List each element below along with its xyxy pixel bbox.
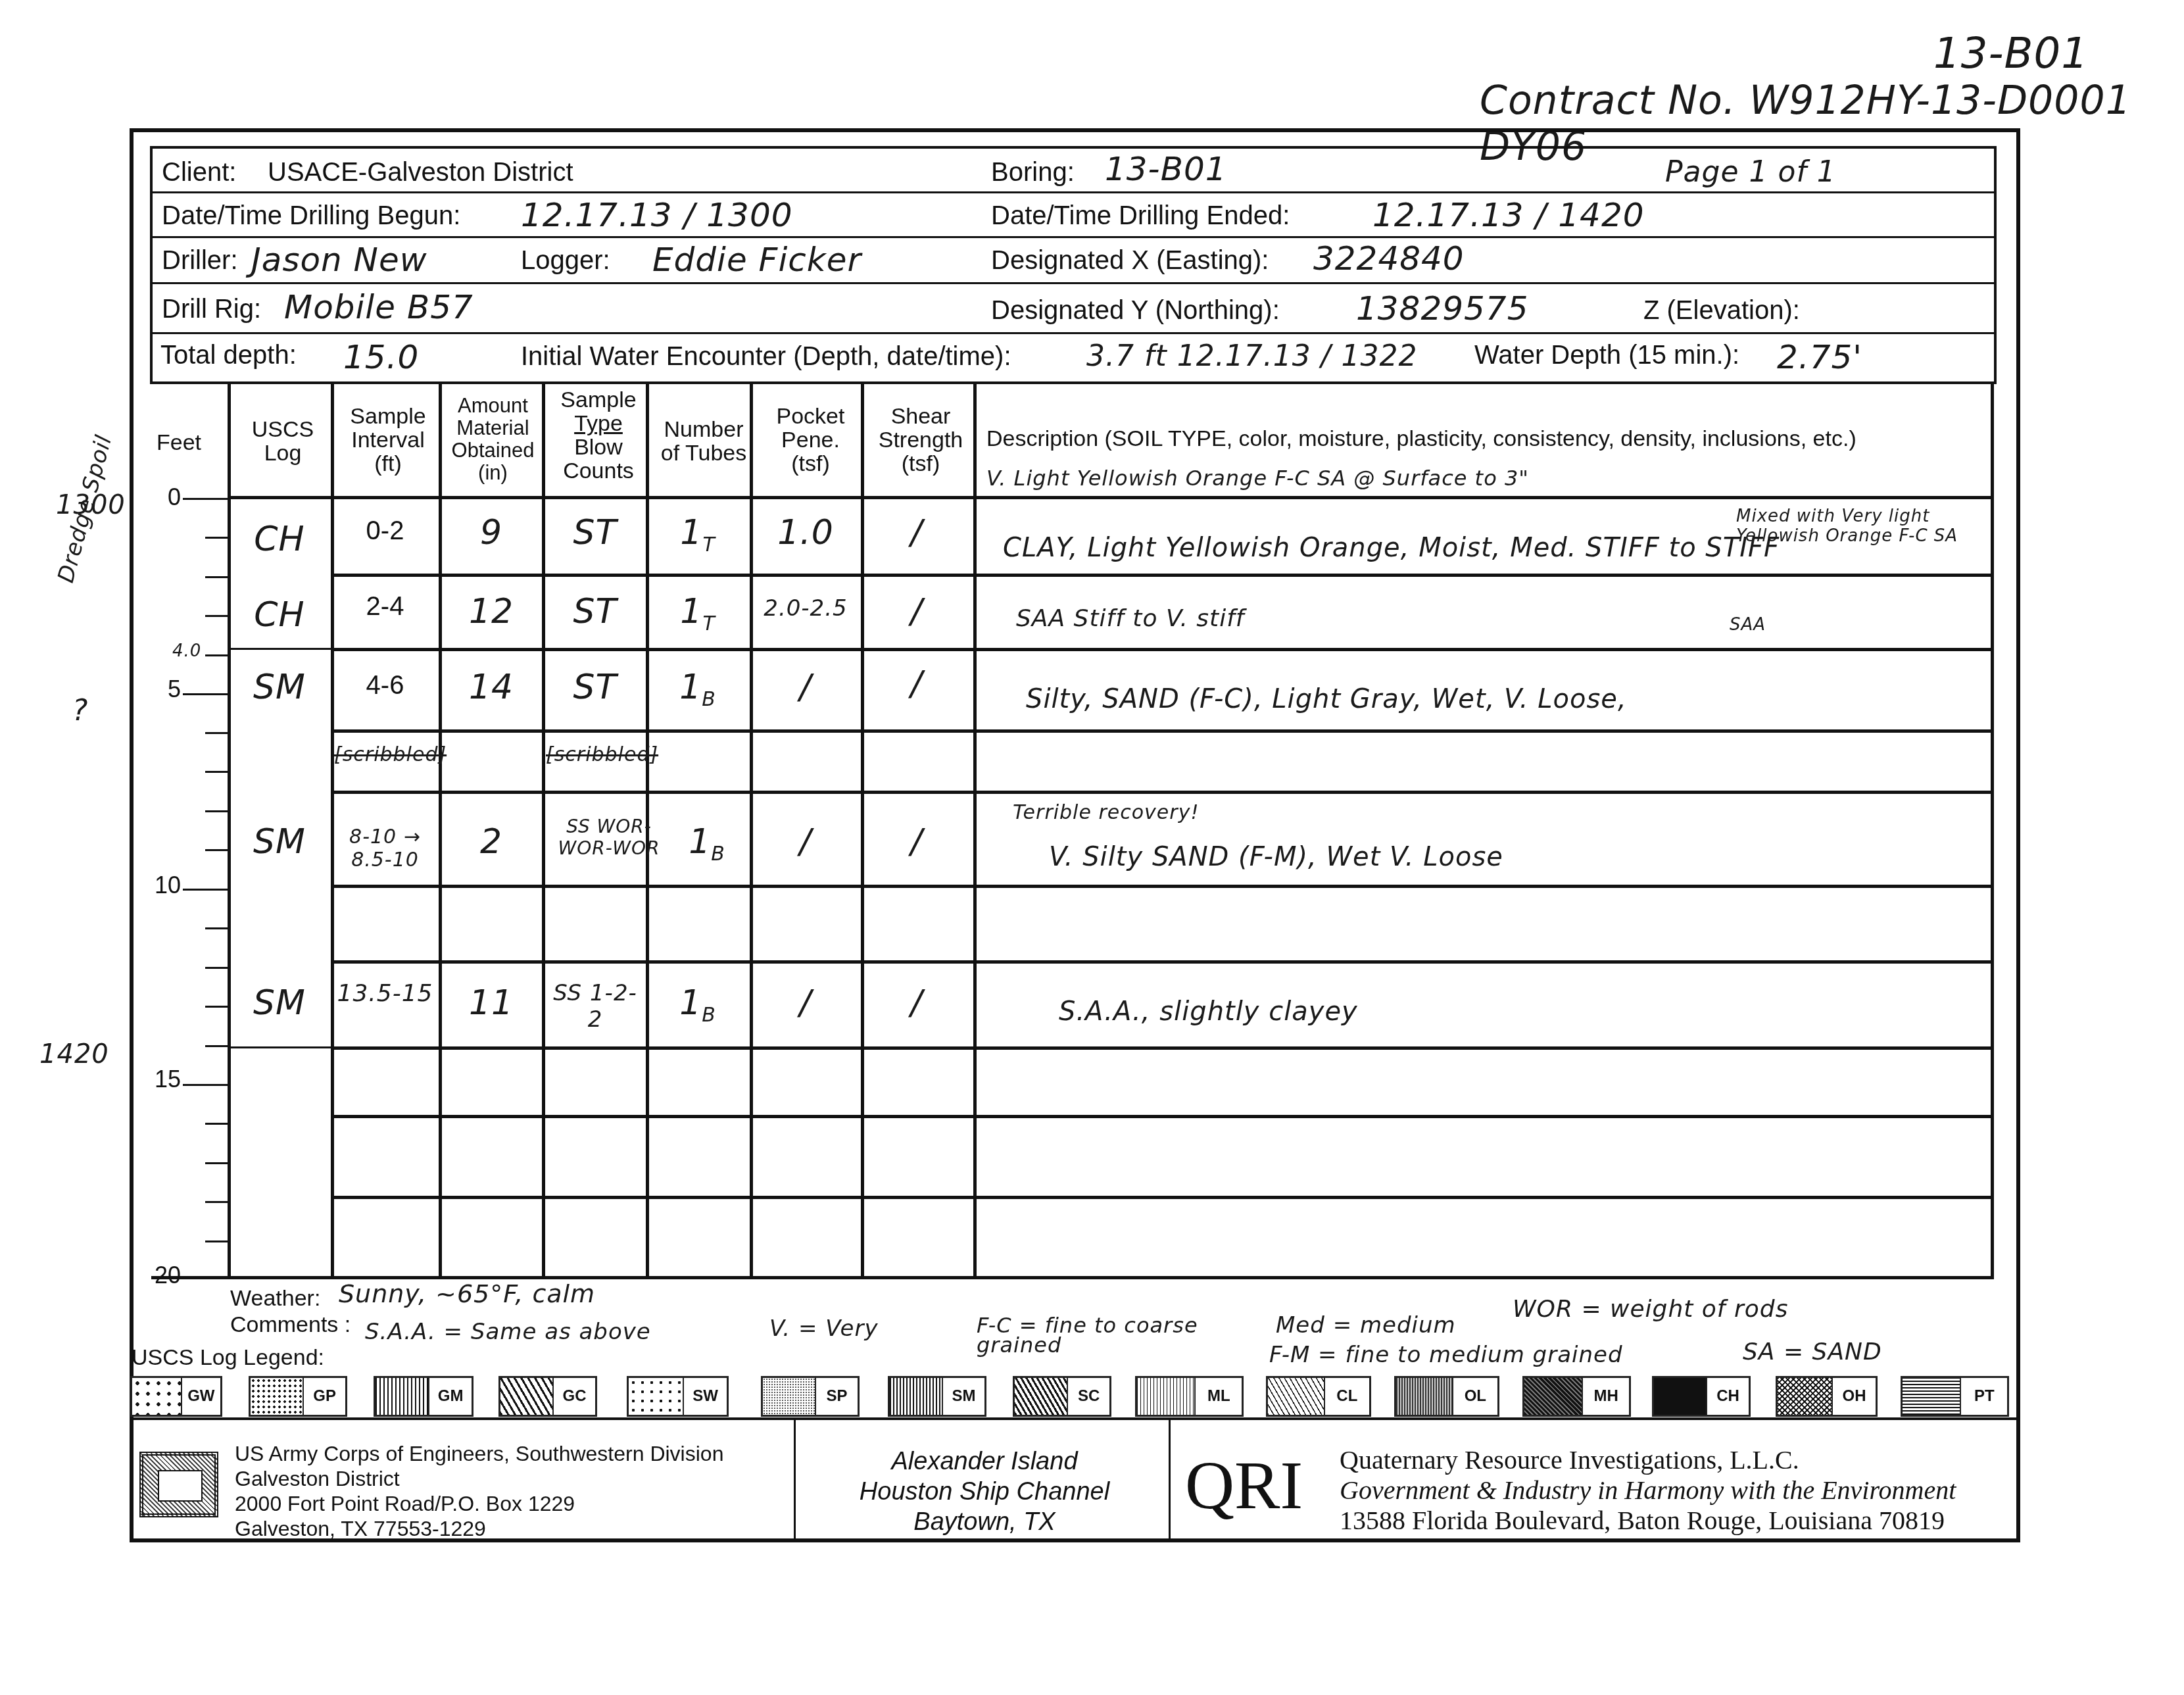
depth-label-5: 5 <box>141 676 181 703</box>
qri-tagline: Government & Industry in Harmony with th… <box>1340 1475 1956 1506</box>
boring-id-annotation: 13-B01 <box>1933 30 2089 78</box>
page-note: Page 1 of 1 <box>1665 155 1836 189</box>
ended-label: Date/Time Drilling Ended: <box>991 201 1290 231</box>
legend-code: CL <box>1325 1378 1369 1415</box>
depth-tick <box>205 732 229 734</box>
grid-row-line-6 <box>331 960 1994 964</box>
ol-pattern-icon <box>1396 1378 1453 1415</box>
project-city: Baytown, TX <box>800 1507 1169 1537</box>
depth-tick <box>205 927 229 929</box>
depth-tick <box>205 1241 229 1242</box>
col-header-uscs-line2: Log <box>233 441 332 465</box>
row2-amount: 14 <box>442 668 541 707</box>
boring-value: 13-B01 <box>1105 150 1227 188</box>
col-header-tubes: Numberof Tubes <box>651 418 756 465</box>
water-depth-15-value: 2.75' <box>1777 338 1862 376</box>
row6-description: S.A.A., slightly clayey <box>1059 996 1358 1027</box>
col-header-type-line2: Type <box>546 412 651 435</box>
depth-tick <box>205 1045 229 1047</box>
depth-tick <box>205 810 229 812</box>
row2-description: Silty, SAND (F-C), Light Gray, Wet, V. L… <box>1026 684 1627 714</box>
grid-line-right <box>1991 384 1994 1279</box>
logger-label: Logger: <box>521 246 610 276</box>
legend-gw: GW <box>130 1376 222 1417</box>
gw-pattern-icon <box>132 1378 182 1415</box>
comment-wor: WOR = weight of rods <box>1513 1296 1788 1323</box>
qri-street: 13588 Florida Boulevard, Baton Rouge, Lo… <box>1340 1506 1956 1536</box>
depth-tick <box>205 967 229 969</box>
northing-label: Designated Y (Northing): <box>991 296 1280 326</box>
row4-amount: 2 <box>442 822 541 862</box>
depth-label-20: 20 <box>141 1262 181 1289</box>
row1-uscs: CH <box>230 595 329 635</box>
row4-interval: 8-10 → 8.5-10 <box>334 825 436 872</box>
col-header-amount-line2: Material <box>442 417 544 439</box>
row1-interval: 2-4 <box>334 592 436 622</box>
legend-pt: PT <box>1901 1376 2009 1417</box>
col-header-interval-line2: Interval <box>335 428 441 452</box>
legend-ml: ML <box>1135 1376 1244 1417</box>
depth-tick <box>205 1123 229 1125</box>
castle-gate-icon <box>158 1470 203 1502</box>
row1-amount: 12 <box>442 592 541 631</box>
usace-address: US Army Corps of Engineers, Southwestern… <box>235 1441 723 1541</box>
row0-uscs: CH <box>230 520 329 559</box>
legend-gp: GP <box>249 1376 347 1417</box>
header-row-client: Client: USACE-Galveston District Boring:… <box>153 149 1994 193</box>
row2-interval: 4-6 <box>334 671 436 700</box>
grid-row-line-9 <box>331 1196 1994 1199</box>
depth-tick <box>205 1162 229 1164</box>
project-site: Alexander Island <box>800 1446 1169 1477</box>
mh-pattern-icon <box>1524 1378 1583 1415</box>
col-header-shear-line1: Shear <box>865 405 977 428</box>
grid-row-line-2 <box>331 648 1994 651</box>
row2-type: ST <box>546 668 644 707</box>
grid-row-line-1 <box>331 574 1994 577</box>
uscs-contact-4ft <box>228 648 333 650</box>
comment-fine-coarse: F-C = fine to coarse grained <box>977 1315 1240 1355</box>
depth-label-0: 0 <box>141 483 181 511</box>
usace-castle-logo-icon <box>139 1452 218 1517</box>
cl-pattern-icon <box>1268 1378 1325 1415</box>
driller-label: Driller: <box>162 246 238 276</box>
boring-label: Boring: <box>991 158 1075 187</box>
row0-amount: 9 <box>442 513 541 553</box>
comment-sand: SA = SAND <box>1743 1339 1882 1365</box>
row6-uscs: SM <box>230 983 329 1023</box>
col-header-uscs: USCSLog <box>233 418 332 465</box>
margin-end-time: 1420 <box>39 1039 109 1069</box>
legend-sw: SW <box>627 1376 729 1417</box>
project-location: Alexander Island Houston Ship Channel Ba… <box>800 1446 1169 1537</box>
rig-value: Mobile B57 <box>284 288 473 326</box>
legend-cl: CL <box>1266 1376 1371 1417</box>
row3-interval-scribble: [scribbled] <box>334 743 436 766</box>
depth-tick-15 <box>183 1084 229 1086</box>
col-header-feet: Feet <box>153 431 205 454</box>
client-label: Client: <box>162 158 236 187</box>
row1-description: SAA Stiff to V. stiff <box>1016 605 1245 632</box>
usace-district: Galveston District <box>235 1466 723 1491</box>
legend-ch: CH <box>1652 1376 1751 1417</box>
gm-pattern-icon <box>376 1378 429 1415</box>
row0-interval: 0-2 <box>334 516 436 546</box>
project-channel: Houston Ship Channel <box>800 1477 1169 1507</box>
grid-row-line-3 <box>331 729 1994 733</box>
qri-logo-icon: QRI <box>1185 1452 1303 1520</box>
col-header-pocket-line1: Pocket <box>756 405 865 428</box>
row4-note: Terrible recovery! <box>1013 801 1199 824</box>
legend-sp: SP <box>761 1376 860 1417</box>
sw-pattern-icon <box>629 1378 684 1415</box>
legend-code: GM <box>429 1378 472 1415</box>
ml-pattern-icon <box>1137 1378 1196 1415</box>
row1-tubes-location: T <box>702 612 715 635</box>
depth-tick <box>205 537 229 539</box>
grid-row-line-8 <box>331 1115 1994 1118</box>
col-header-shear-line3: (tsf) <box>865 452 977 476</box>
header-row-rig: Drill Rig: Mobile B57 Designated Y (Nort… <box>153 284 1994 334</box>
row2-shear: / <box>864 664 969 704</box>
depth-tick <box>205 615 229 617</box>
col-header-shear: ShearStrength(tsf) <box>865 405 977 476</box>
legend-code: MH <box>1583 1378 1629 1415</box>
usace-name: US Army Corps of Engineers, Southwestern… <box>235 1441 723 1466</box>
surface-note: V. Light Yellowish Orange F-C SA @ Surfa… <box>986 466 1529 491</box>
depth-tick <box>205 1201 229 1203</box>
legend-code: OH <box>1833 1378 1876 1415</box>
row6-shear: / <box>864 983 969 1023</box>
row6-tubes: 1B <box>648 983 747 1027</box>
depth-tick <box>205 1006 229 1008</box>
col-header-amount-line4: (in) <box>442 462 544 484</box>
row6-amount: 11 <box>442 983 541 1023</box>
usace-city: Galveston, TX 77553-1229 <box>235 1516 723 1541</box>
depth-tick <box>205 576 229 578</box>
col-header-shear-line2: Strength <box>865 428 977 452</box>
logger-value: Eddie Ficker <box>652 241 861 279</box>
rig-label: Drill Rig: <box>162 295 261 324</box>
margin-contact-depth: 4.0 <box>172 641 201 661</box>
driller-value: Jason New <box>251 241 427 279</box>
col-header-pocket-line3: (tsf) <box>756 452 865 476</box>
row0-shear: / <box>864 513 969 553</box>
row2-tubes-location: B <box>702 688 716 711</box>
comment-fine-medium: F-M = fine to medium grained <box>1269 1342 1622 1368</box>
row1-shear: / <box>864 592 969 631</box>
row4-pocket: / <box>753 822 858 862</box>
header-row-depth: Total depth: 15.0 Initial Water Encounte… <box>153 334 1994 383</box>
legend-mh: MH <box>1522 1376 1631 1417</box>
row4-tubes-location: B <box>711 843 725 866</box>
legend-code: PT <box>1961 1378 2007 1415</box>
legend-sm: SM <box>888 1376 986 1417</box>
gp-pattern-icon <box>251 1378 304 1415</box>
legend-sc: SC <box>1013 1376 1111 1417</box>
grid-row-line-5 <box>331 885 1994 888</box>
row4-shear: / <box>864 822 969 862</box>
oh-pattern-icon <box>1778 1378 1833 1415</box>
footer: US Army Corps of Engineers, Southwestern… <box>130 1417 2020 1542</box>
qri-address: Quaternary Resource Investigations, L.L.… <box>1340 1445 1956 1536</box>
legend-code: SW <box>684 1378 727 1415</box>
ch-pattern-icon <box>1654 1378 1707 1415</box>
col-header-type-line1: Sample <box>546 388 651 412</box>
row4-type: SS WOR-WOR-WOR <box>543 816 675 859</box>
depth-tick-0 <box>183 498 229 500</box>
row1-pocket: 2.0-2.5 <box>753 595 858 622</box>
legend-code: SP <box>816 1378 858 1415</box>
comment-medium: Med = medium <box>1276 1312 1456 1339</box>
row0-tubes-location: T <box>702 533 715 556</box>
col-header-sample-type: SampleTypeBlowCounts <box>546 388 651 483</box>
header-block: Client: USACE-Galveston District Boring:… <box>150 146 1997 384</box>
row3-type-scribble: [scribbled] <box>546 743 644 766</box>
depth-tick-5 <box>183 693 229 695</box>
water-encounter-label: Initial Water Encounter (Depth, date/tim… <box>521 342 1011 372</box>
begun-label: Date/Time Drilling Begun: <box>162 201 460 231</box>
col-header-description: Description (SOIL TYPE, color, moisture,… <box>986 426 1856 452</box>
col-header-tubes-line2: of Tubes <box>651 441 756 465</box>
col-header-amount-line1: Amount <box>442 395 544 417</box>
legend-title: USCS Log Legend: <box>132 1345 324 1371</box>
row0-pocket: 1.0 <box>753 513 858 553</box>
water-depth-15-label: Water Depth (15 min.): <box>1474 341 1739 370</box>
legend-code: GC <box>554 1378 595 1415</box>
col-header-interval-line1: Sample <box>335 405 441 428</box>
row0-note: Mixed with Very light Yellowish Orange F… <box>1736 506 1986 546</box>
row0-tubes-count: 1 <box>680 513 702 553</box>
uscs-contact-15ft <box>228 1046 333 1048</box>
row1-tubes: 1T <box>648 592 747 635</box>
row6-interval: 13.5-15 <box>334 980 436 1007</box>
row4-uscs: SM <box>230 822 329 862</box>
col-header-pocket-pene: PocketPene.(tsf) <box>756 405 865 476</box>
easting-label: Designated X (Easting): <box>991 246 1269 276</box>
col-header-tubes-line1: Number <box>651 418 756 441</box>
depth-tick <box>205 771 229 773</box>
total-depth-value: 15.0 <box>343 338 419 376</box>
grid-row-line-4 <box>331 791 1994 794</box>
depth-tick <box>205 849 229 851</box>
row0-description: CLAY, Light Yellowish Orange, Moist, Med… <box>1003 533 1780 563</box>
qri-company-name: Quaternary Resource Investigations, L.L.… <box>1340 1445 1956 1475</box>
col-header-type-line3: Blow <box>546 435 651 459</box>
footer-divider-1 <box>794 1420 796 1542</box>
legend-gc: GC <box>498 1376 597 1417</box>
row2-pocket: / <box>753 668 858 707</box>
row6-type: SS 1-2-2 <box>546 980 644 1033</box>
row6-pocket: / <box>753 983 858 1023</box>
begun-value: 12.17.13 / 1300 <box>521 196 793 234</box>
total-depth-label: Total depth: <box>160 341 297 370</box>
depth-tick <box>205 654 229 656</box>
grid-row-line-0 <box>228 496 1994 499</box>
depth-tick-10 <box>183 889 229 891</box>
row4-tubes: 1B <box>658 822 756 866</box>
col-header-interval-line3: (ft) <box>335 452 441 476</box>
row0-tubes: 1T <box>648 513 747 556</box>
usace-street: 2000 Fort Point Road/P.O. Box 1229 <box>235 1491 723 1516</box>
col-header-type-line4: Counts <box>546 459 651 483</box>
depth-label-10: 10 <box>141 872 181 899</box>
northing-value: 13829575 <box>1356 289 1529 328</box>
col-header-pocket-line2: Pene. <box>756 428 865 452</box>
legend-gm: GM <box>374 1376 473 1417</box>
weather-value: Sunny, ~65°F, calm <box>339 1279 595 1308</box>
elevation-label: Z (Elevation): <box>1643 296 1800 326</box>
row4-tubes-count: 1 <box>689 822 711 862</box>
legend-code: GP <box>304 1378 345 1415</box>
margin-question: ? <box>72 694 88 727</box>
row4-description: V. Silty SAND (F-M), Wet V. Loose <box>1049 842 1503 872</box>
legend-code: OL <box>1453 1378 1497 1415</box>
legend-code: SC <box>1068 1378 1109 1415</box>
row6-tubes-count: 1 <box>679 983 702 1023</box>
easting-value: 3224840 <box>1313 239 1465 278</box>
comments-label: Comments : <box>230 1312 351 1338</box>
legend-oh: OH <box>1776 1376 1878 1417</box>
depth-label-15: 15 <box>141 1066 181 1093</box>
row2-tubes: 1B <box>648 668 747 711</box>
weather-label: Weather: <box>230 1286 320 1312</box>
grid-row-line-7 <box>331 1046 1994 1050</box>
row6-tubes-location: B <box>702 1004 716 1027</box>
grid-line-description-left <box>973 384 977 1279</box>
legend-code: CH <box>1707 1378 1749 1415</box>
row1-tubes-count: 1 <box>680 592 702 631</box>
row1-note: SAA <box>1730 615 1766 635</box>
legend-code: GW <box>182 1378 220 1415</box>
legend-code: SM <box>943 1378 984 1415</box>
legend-ol: OL <box>1394 1376 1499 1417</box>
col-header-uscs-line1: USCS <box>233 418 332 441</box>
row2-tubes-count: 1 <box>679 668 702 707</box>
col-header-amount-line3: Obtained <box>442 439 544 462</box>
sp-pattern-icon <box>763 1378 816 1415</box>
ended-value: 12.17.13 / 1420 <box>1372 196 1645 234</box>
col-header-amount: AmountMaterialObtained(in) <box>442 395 544 484</box>
row1-type: ST <box>546 592 644 631</box>
comment-saa: S.A.A. = Same as above <box>365 1319 651 1345</box>
comment-very: V. = Very <box>769 1315 879 1342</box>
gc-pattern-icon <box>500 1378 554 1415</box>
legend-code: ML <box>1196 1378 1242 1415</box>
header-row-crew: Driller: Jason New Logger: Eddie Ficker … <box>153 238 1994 284</box>
row0-type: ST <box>546 513 644 553</box>
row2-uscs: SM <box>230 668 329 707</box>
footer-divider-2 <box>1169 1420 1171 1542</box>
col-header-interval: SampleInterval(ft) <box>335 405 441 476</box>
header-row-dates: Date/Time Drilling Begun: 12.17.13 / 130… <box>153 193 1994 238</box>
sm-pattern-icon <box>890 1378 943 1415</box>
pt-pattern-icon <box>1903 1378 1961 1415</box>
sc-pattern-icon <box>1015 1378 1068 1415</box>
water-encounter-value: 3.7 ft 12.17.13 / 1322 <box>1086 339 1417 373</box>
client-value: USACE-Galveston District <box>268 158 573 187</box>
